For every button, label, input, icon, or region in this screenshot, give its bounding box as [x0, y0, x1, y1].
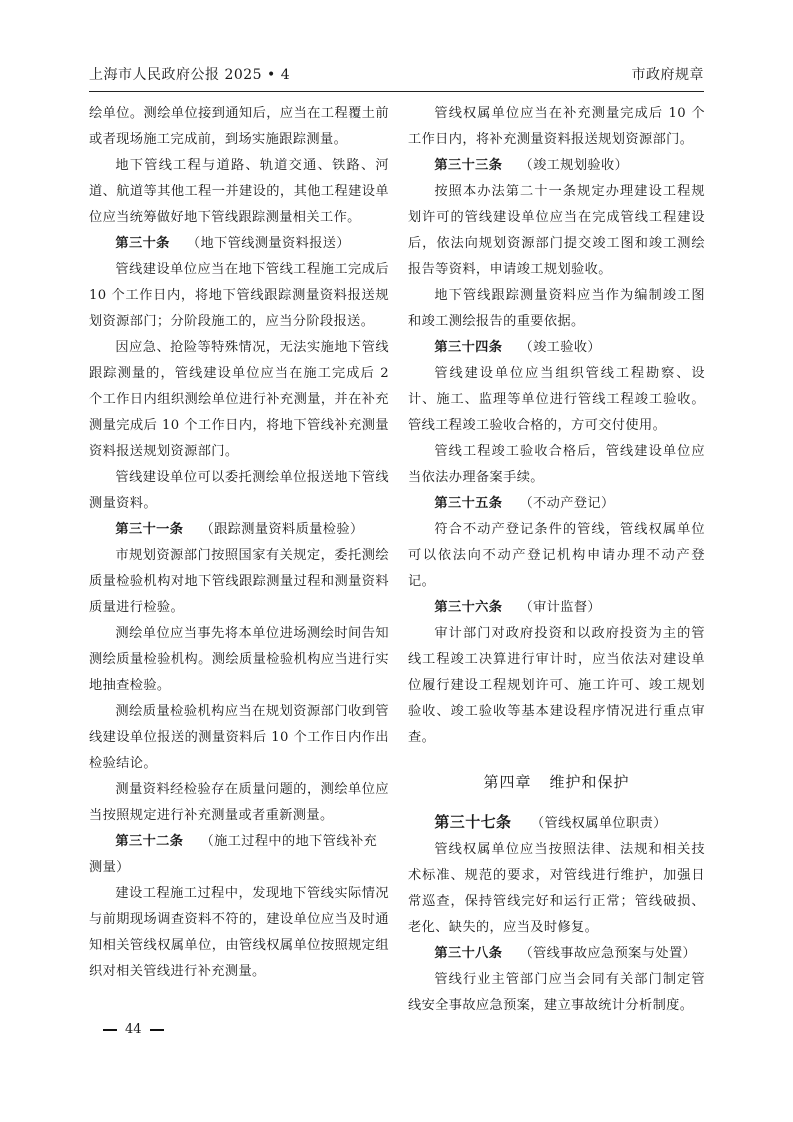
paragraph: 地下管线跟踪测量资料应当作为编制竣工图和竣工测绘报告的重要依据。: [408, 283, 705, 335]
article-number: 第三十一条: [115, 522, 183, 537]
article-heading-32: 第三十二条（施工过程中的地下管线补充测量）: [89, 829, 389, 881]
paragraph: 管线工程竣工验收合格后，管线建设单位应当依法办理备案手续。: [408, 439, 705, 491]
right-column: 管线权属单位应当在补充测量完成后 10 个工作日内，将补充测量资料报送规划资源部…: [408, 101, 705, 1019]
dash-decoration: [103, 1029, 117, 1031]
publication-title: 上海市人民政府公报 2025 • 4: [89, 64, 290, 84]
article-heading-34: 第三十四条（竣工验收）: [408, 335, 705, 361]
paragraph: 符合不动产登记条件的管线，管线权属单位可以依法向不动产登记机构申请办理不动产登记…: [408, 517, 705, 595]
paragraph: 因应急、抢险等特殊情况，无法实施地下管线跟踪测量的，管线建设单位应当在施工完成后…: [89, 335, 389, 465]
article-heading-38: 第三十八条（管线事故应急预案与处置）: [408, 941, 705, 967]
page-number: 44: [125, 1022, 142, 1037]
paragraph: 测绘质量检验机构应当在规划资源部门收到管线建设单位报送的测量资料后 10 个工作…: [89, 699, 389, 777]
paragraph: 绘单位。测绘单位接到通知后，应当在工程覆土前或者现场施工完成前，到场实施跟踪测量…: [89, 101, 389, 153]
article-number: 第三十五条: [434, 496, 502, 511]
article-number: 第三十六条: [434, 600, 502, 615]
paragraph: 建设工程施工过程中，发现地下管线实际情况与前期现场调查资料不符的，建设单位应当及…: [89, 881, 389, 985]
chapter-title: 维护和保护: [550, 773, 630, 791]
article-number: 第三十条: [115, 236, 169, 251]
article-title: （跟踪测量资料质量检验）: [200, 522, 363, 537]
article-number: 第三十三条: [434, 158, 502, 173]
article-heading-30: 第三十条（地下管线测量资料报送）: [89, 231, 389, 257]
article-number: 第三十八条: [434, 946, 502, 961]
article-number: 第三十七条: [434, 813, 511, 831]
paragraph: 管线建设单位可以委托测绘单位报送地下管线测量资料。: [89, 465, 389, 517]
section-title: 市政府规章: [632, 64, 705, 84]
article-heading-33: 第三十三条（竣工规划验收）: [408, 153, 705, 179]
paragraph: 测绘单位应当事先将本单位进场测绘时间告知测绘质量检验机构。测绘质量检验机构应当进…: [89, 621, 389, 699]
article-title: （不动产登记）: [519, 496, 614, 511]
paragraph: 管线建设单位应当在地下管线工程施工完成后 10 个工作日内，将地下管线跟踪测量资…: [89, 257, 389, 335]
dash-decoration: [150, 1029, 164, 1031]
page-footer: 44: [95, 1022, 172, 1037]
article-heading-36: 第三十六条（审计监督）: [408, 595, 705, 621]
chapter-heading: 第四章维护和保护: [408, 769, 705, 795]
running-header: 上海市人民政府公报 2025 • 4 市政府规章: [89, 62, 704, 92]
article-heading-35: 第三十五条（不动产登记）: [408, 491, 705, 517]
article-title: （管线事故应急预案与处置）: [519, 946, 696, 961]
article-heading-31: 第三十一条（跟踪测量资料质量检验）: [89, 517, 389, 543]
paragraph: 测量资料经检验存在质量问题的，测绘单位应当按照规定进行补充测量或者重新测量。: [89, 777, 389, 829]
chapter-number: 第四章: [483, 773, 531, 791]
article-number: 第三十四条: [434, 340, 502, 355]
paragraph: 管线权属单位应当按照法律、法规和相关技术标准、规范的要求，对管线进行维护，加强日…: [408, 837, 705, 941]
article-heading-37: 第三十七条（管线权属单位职责）: [408, 809, 705, 837]
left-column: 绘单位。测绘单位接到通知后，应当在工程覆土前或者现场施工完成前，到场实施跟踪测量…: [89, 101, 389, 985]
paragraph: 按照本办法第二十一条规定办理建设工程规划许可的管线建设单位应当在完成管线工程建设…: [408, 179, 705, 283]
article-number: 第三十二条: [115, 834, 183, 849]
paragraph: 市规划资源部门按照国家有关规定，委托测绘质量检验机构对地下管线跟踪测量过程和测量…: [89, 543, 389, 621]
paragraph: 管线权属单位应当在补充测量完成后 10 个工作日内，将补充测量资料报送规划资源部…: [408, 101, 705, 153]
article-title: （地下管线测量资料报送）: [187, 236, 350, 251]
article-title: （管线权属单位职责）: [531, 816, 667, 831]
article-title: （竣工规划验收）: [519, 158, 628, 173]
paragraph: 管线建设单位应当组织管线工程勘察、设计、施工、监理等单位进行管线工程竣工验收。管…: [408, 361, 705, 439]
article-title: （审计监督）: [519, 600, 601, 615]
article-title: （竣工验收）: [519, 340, 601, 355]
paragraph: 地下管线工程与道路、轨道交通、铁路、河道、航道等其他工程一并建设的，其他工程建设…: [89, 153, 389, 231]
paragraph: 审计部门对政府投资和以政府投资为主的管线工程竣工决算进行审计时，应当依法对建设单…: [408, 621, 705, 751]
paragraph: 管线行业主管部门应当会同有关部门制定管线安全事故应急预案，建立事故统计分析制度。: [408, 967, 705, 1019]
